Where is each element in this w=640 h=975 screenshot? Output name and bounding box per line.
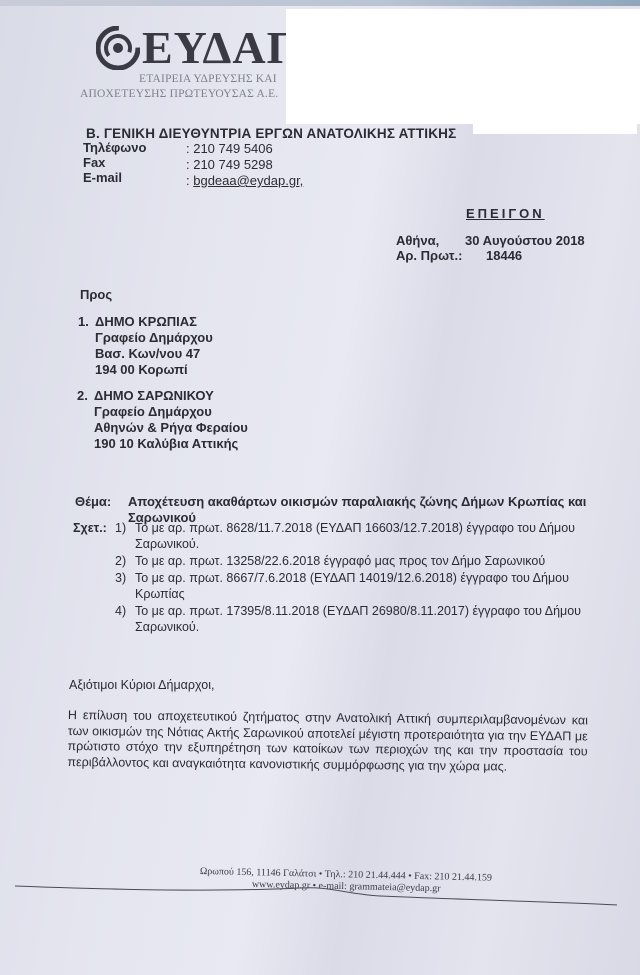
photo-edge (0, 0, 640, 6)
recipient-street: Βασ. Κων/νου 47 (95, 346, 213, 362)
greeting: Αξιότιμοι Κύριοι Δήμαρχοι, (69, 678, 214, 692)
recipient-city: 190 10 Καλύβια Αττικής (94, 436, 248, 452)
place: Αθήνα, (396, 233, 439, 248)
swirl-icon (96, 26, 140, 70)
reference-text: Το με αρ. πρωτ. 13258/22.6.2018 έγγραφό … (135, 554, 545, 568)
recipient-number: 1. (78, 314, 89, 330)
recipient-city: 194 00 Κορωπί (95, 362, 213, 378)
letter-date: 30 Αυγούστου 2018 (465, 233, 585, 248)
reference-number: 4) (115, 603, 126, 619)
recipient-name: ΔΗΜΟ ΣΑΡΩΝΙΚΟΥ (94, 388, 248, 404)
reference-text: Το με αρ. πρωτ. 8628/11.7.2018 (ΕΥΔΑΠ 16… (135, 521, 575, 551)
recipient-office: Γραφείο Δημάρχου (95, 330, 213, 346)
reference-number: 2) (115, 553, 126, 569)
reference-item: 2)Το με αρ. πρωτ. 13258/22.6.2018 έγγραφ… (115, 553, 613, 569)
reference-item: 1)Το με αρ. πρωτ. 8628/11.7.2018 (ΕΥΔΑΠ … (115, 520, 613, 552)
email-value: : bgdeaa@eydap.gr, (186, 173, 303, 188)
references-label: Σχετ.: (73, 520, 107, 536)
recipient-name: ΔΗΜΟ ΚΡΩΠΙΑΣ (95, 314, 213, 330)
company-logo: ΕΥΔΑΠ (96, 26, 303, 70)
recipient-2: 2. ΔΗΜΟ ΣΑΡΩΝΙΚΟΥ Γραφείο Δημάρχου Αθηνώ… (77, 388, 248, 452)
reference-text: Το με αρ. πρωτ. 17395/8.11.2018 (ΕΥΔΑΠ 2… (135, 604, 581, 634)
protocol-number: 18446 (486, 248, 522, 263)
urgent-label: ΕΠΕΙΓΟΝ (466, 206, 545, 221)
subject-label: Θέμα: (75, 494, 111, 509)
recipient-street: Αθηνών & Ρήγα Φεραίου (94, 420, 248, 436)
phone-value: : 210 749 5406 (186, 141, 273, 156)
reference-number: 1) (115, 520, 126, 536)
phone-label: Τηλέφωνο (83, 140, 146, 155)
email-label: E-mail (83, 170, 122, 185)
reference-number: 3) (115, 570, 126, 586)
reference-item: 4)Το με αρ. πρωτ. 17395/8.11.2018 (ΕΥΔΑΠ… (115, 603, 613, 635)
body-paragraph: Η επίλυση του αποχετευτικού ζητήματος στ… (67, 708, 588, 775)
footer-divider (0, 880, 640, 920)
reference-item: 3)Το με αρ. πρωτ. 8667/7.6.2018 (ΕΥΔΑΠ 1… (115, 570, 613, 602)
protocol-label: Αρ. Πρωτ.: (396, 248, 462, 263)
references: Σχετ.: 1)Το με αρ. πρωτ. 8628/11.7.2018 … (73, 520, 613, 636)
fax-label: Fax (83, 155, 105, 170)
company-name: ΕΥΔΑΠ (142, 26, 303, 70)
recipient-number: 2. (77, 388, 88, 404)
recipient-1: 1. ΔΗΜΟ ΚΡΩΠΙΑΣ Γραφείο Δημάρχου Βασ. Κω… (78, 314, 213, 378)
recipient-office: Γραφείο Δημάρχου (94, 404, 248, 420)
recipients-label: Προς (80, 287, 112, 302)
redaction-box (286, 9, 640, 124)
sender-department: Β. ΓΕΝΙΚΗ ΔΙΕΥΘΥΝΤΡΙΑ ΕΡΓΩΝ ΑΝΑΤΟΛΙΚΗΣ Α… (86, 126, 456, 141)
company-subtitle-1: ΕΤΑΙΡΕΙΑ ΥΔΡΕΥΣΗΣ ΚΑΙ (139, 73, 277, 85)
company-subtitle-2: ΑΠΟΧΕΤΕΥΣΗΣ ΠΡΩΤΕΥΟΥΣΑΣ Α.Ε. (80, 88, 278, 100)
reference-text: Το με αρ. πρωτ. 8667/7.6.2018 (ΕΥΔΑΠ 140… (135, 571, 569, 601)
fax-value: : 210 749 5298 (186, 157, 273, 172)
email-link[interactable]: bgdeaa@eydap.gr, (193, 173, 303, 188)
redaction-box (473, 120, 637, 134)
